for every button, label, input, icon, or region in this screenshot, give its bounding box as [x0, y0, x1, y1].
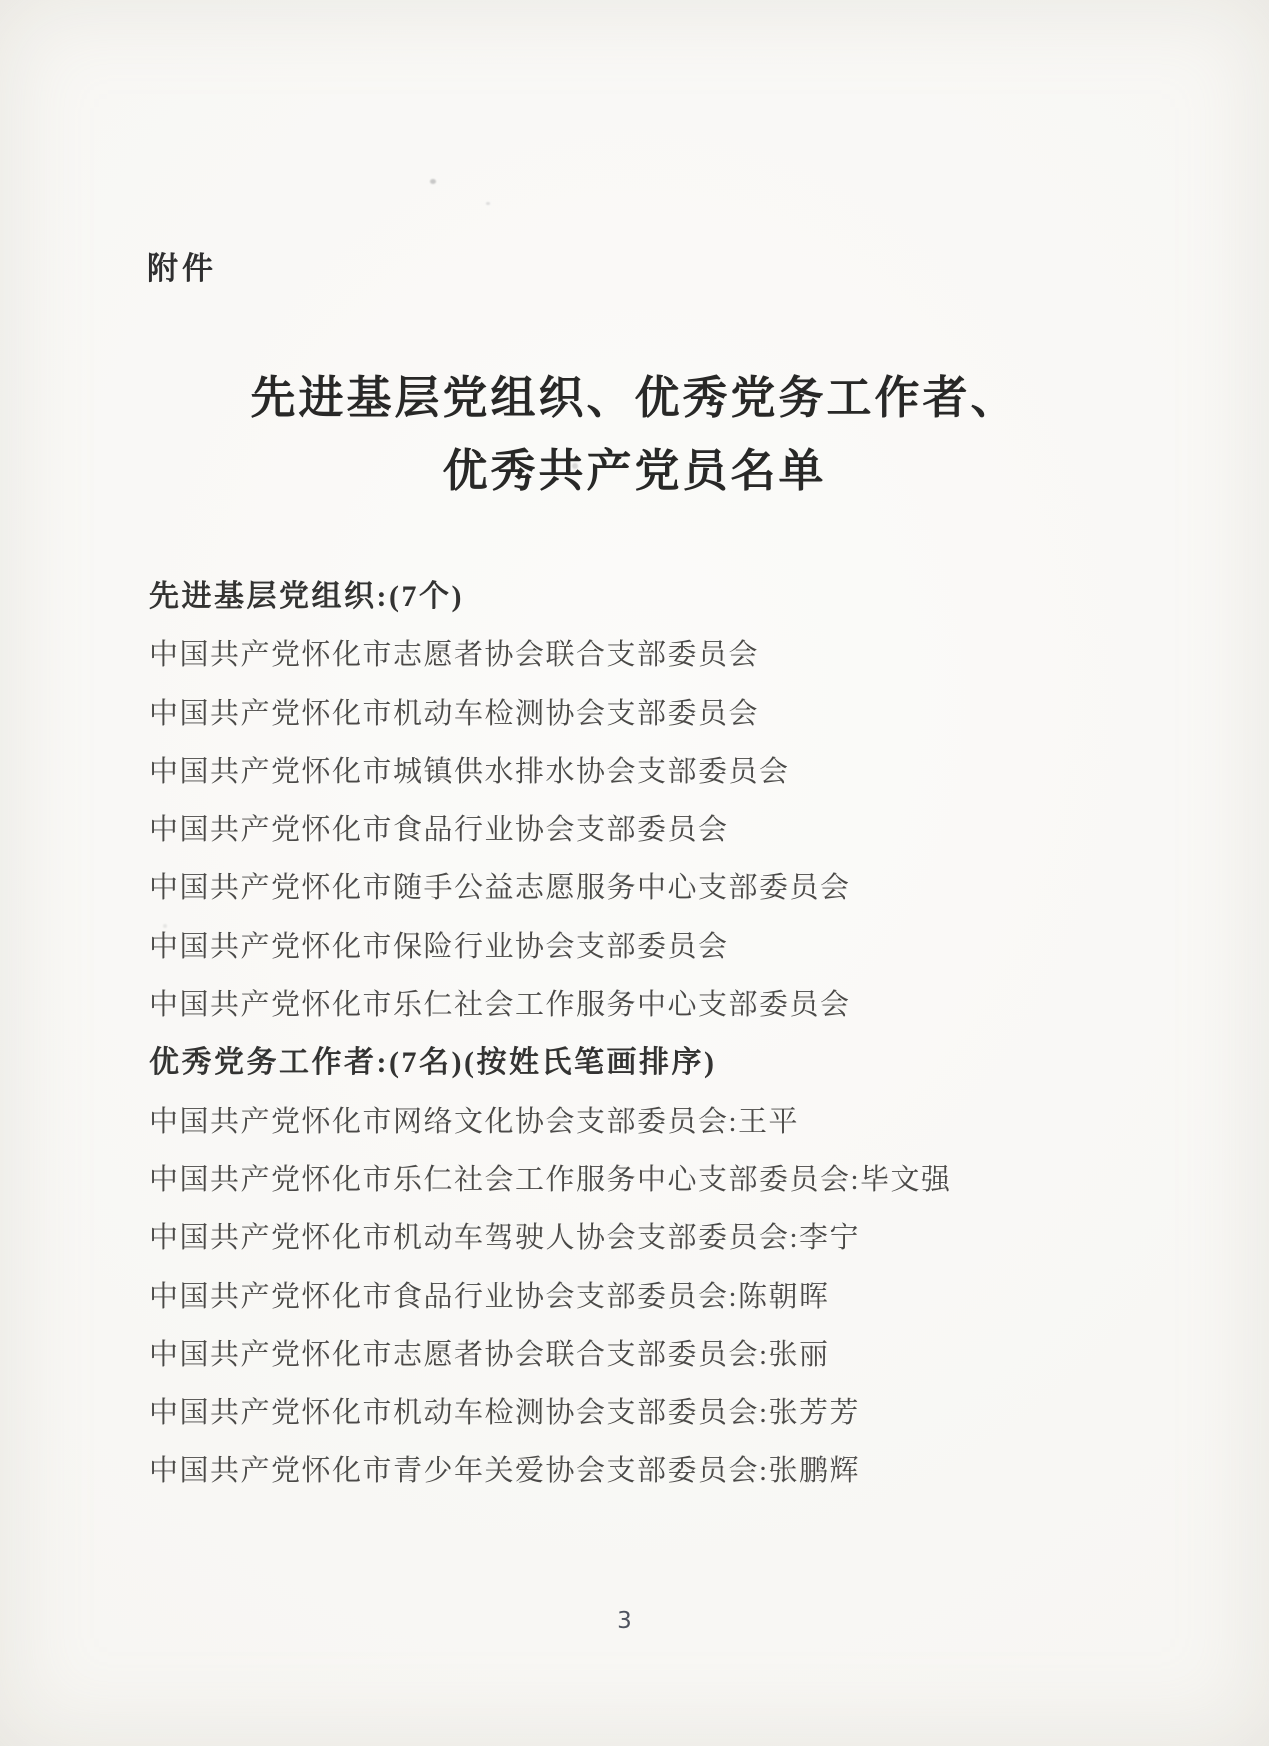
title-line-1: 先进基层党组织、优秀党务工作者、	[0, 362, 1269, 435]
document-title: 先进基层党组织、优秀党务工作者、 优秀共产党员名单	[0, 362, 1269, 508]
worker-list-item: 中国共产党怀化市青少年关爱协会支部委员会:张鹏辉	[149, 1442, 1159, 1500]
organization-list-item: 中国共产党怀化市随手公益志愿服务中心支部委员会	[149, 859, 1159, 917]
document-body: 先进基层党组织:(7个) 中国共产党怀化市志愿者协会联合支部委员会 中国共产党怀…	[149, 568, 1159, 1501]
title-line-2: 优秀共产党员名单	[0, 435, 1269, 508]
worker-list-item: 中国共产党怀化市机动车检测协会支部委员会:张芳芳	[149, 1384, 1159, 1442]
scan-artifact-speck	[486, 202, 490, 205]
worker-list-item: 中国共产党怀化市志愿者协会联合支部委员会:张丽	[149, 1326, 1159, 1384]
scan-artifact-speck	[430, 179, 436, 184]
organization-list-item: 中国共产党怀化市保险行业协会支部委员会	[149, 918, 1159, 976]
attachment-label: 附件	[147, 243, 217, 288]
worker-list-item: 中国共产党怀化市机动车驾驶人协会支部委员会:李宁	[149, 1209, 1159, 1267]
organization-list-item: 中国共产党怀化市食品行业协会支部委员会	[149, 801, 1159, 859]
organization-list-item: 中国共产党怀化市机动车检测协会支部委员会	[149, 685, 1159, 743]
section-heading-advanced-organizations: 先进基层党组织:(7个)	[149, 568, 1159, 626]
page-number: 3	[0, 1608, 1249, 1634]
scanned-document-page: 附件 先进基层党组织、优秀党务工作者、 优秀共产党员名单 先进基层党组织:(7个…	[0, 0, 1269, 1746]
worker-list-item: 中国共产党怀化市食品行业协会支部委员会:陈朝晖	[149, 1268, 1159, 1326]
organization-list-item: 中国共产党怀化市志愿者协会联合支部委员会	[149, 626, 1159, 684]
worker-list-item: 中国共产党怀化市网络文化协会支部委员会:王平	[149, 1093, 1159, 1151]
section-heading-outstanding-party-workers: 优秀党务工作者:(7名)(按姓氏笔画排序)	[149, 1034, 1159, 1092]
organization-list-item: 中国共产党怀化市城镇供水排水协会支部委员会	[149, 743, 1159, 801]
worker-list-item: 中国共产党怀化市乐仁社会工作服务中心支部委员会:毕文强	[149, 1151, 1159, 1209]
organization-list-item: 中国共产党怀化市乐仁社会工作服务中心支部委员会	[149, 976, 1159, 1034]
